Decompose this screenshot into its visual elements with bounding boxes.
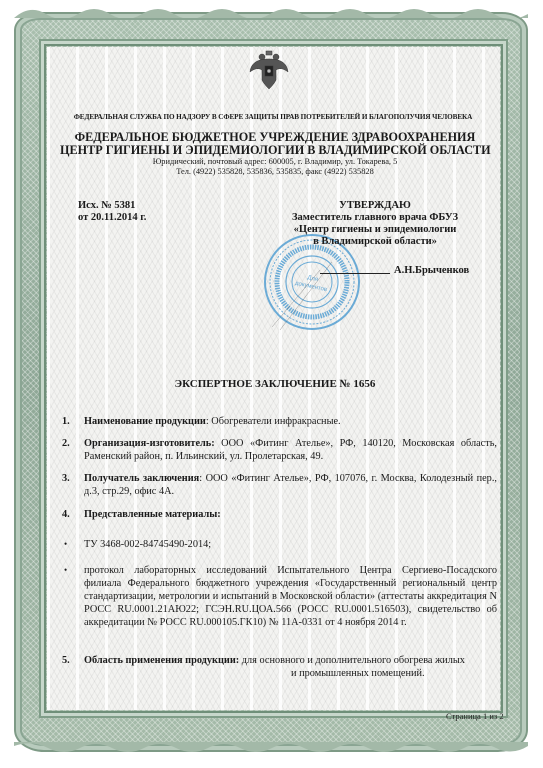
section-recipient: 3. Получатель заключения: ООО «Фитинг Ат… [62, 472, 497, 498]
section-value-continued: и промышленных помещений. [291, 667, 497, 680]
materials-item-text: ТУ 3468-002-84745490-2014; [84, 538, 497, 551]
organization-title: ФЕДЕРАЛЬНОЕ БЮДЖЕТНОЕ УЧРЕЖДЕНИЕ ЗДРАВОО… [60, 131, 490, 157]
section-product-name: 1. Наименование продукции: Обогреватели … [62, 415, 497, 428]
materials-list-item: • ТУ 3468-002-84745490-2014; [62, 538, 497, 551]
section-label: Получатель заключения [84, 473, 199, 484]
section-number: 5. [62, 654, 70, 667]
section-number: 4. [62, 508, 70, 521]
approval-position-line-1: Заместитель главного врача ФБУЗ [290, 212, 460, 224]
materials-item-text: протокол лабораторных исследований Испыт… [84, 564, 497, 629]
signature-line [320, 273, 390, 274]
outgoing-date: от 20.11.2014 г. [78, 212, 146, 224]
border-wave-top [14, 4, 528, 18]
outgoing-reference: Исх. № 5381 от 20.11.2014 г. [78, 200, 146, 224]
border-wave-bottom [14, 742, 528, 756]
bullet-icon: • [64, 538, 67, 551]
organization-phones: Тел. (4922) 535828, 535836, 535835, факс… [60, 167, 490, 177]
approval-position-line-3: в Владимирской области» [290, 236, 460, 248]
section-value: Обогреватели инфракрасные. [211, 416, 340, 427]
organization-contacts: Юридический, почтовый адрес: 600005, г. … [60, 157, 490, 177]
section-application-area: 5. Область применения продукции: для осн… [62, 654, 497, 680]
materials-list-item: • протокол лабораторных исследований Исп… [62, 564, 497, 629]
organization-title-line-2: ЦЕНТР ГИГИЕНЫ И ЭПИДЕМИОЛОГИИ В ВЛАДИМИР… [60, 144, 490, 157]
section-label: Наименование продукции [84, 416, 206, 427]
signatory-name: А.Н.Брыченков [394, 265, 469, 276]
section-label: Область применения продукции: [84, 655, 239, 666]
double-headed-eagle-emblem-icon [247, 50, 291, 90]
document-title: ЭКСПЕРТНОЕ ЗАКЛЮЧЕНИЕ № 1656 [60, 378, 490, 390]
section-manufacturer: 2. Организация-изготовитель: ООО «Фитинг… [62, 437, 497, 463]
approval-block: УТВЕРЖДАЮ Заместитель главного врача ФБУ… [290, 200, 460, 248]
page-number: Страница 1 из 2 [446, 711, 504, 721]
section-value: для основного и дополнительного обогрева… [242, 655, 465, 666]
bullet-icon: • [64, 564, 67, 577]
section-number: 1. [62, 415, 70, 428]
svg-text:документов: документов [294, 281, 327, 294]
outgoing-number: Исх. № 5381 [78, 200, 146, 212]
section-materials: 4. Представленные материалы: [62, 508, 497, 521]
section-number: 3. [62, 472, 70, 485]
section-label: Организация-изготовитель: [84, 438, 215, 449]
signature-row: А.Н.Брыченков [320, 264, 500, 280]
organization-address: Юридический, почтовый адрес: 600005, г. … [60, 157, 490, 167]
section-number: 2. [62, 437, 70, 450]
approval-heading: УТВЕРЖДАЮ [290, 200, 460, 212]
section-label: Представленные материалы: [84, 509, 221, 520]
approval-position-line-2: «Центр гигиены и эпидемиологии [290, 224, 460, 236]
agency-name: ФЕДЕРАЛЬНАЯ СЛУЖБА ПО НАДЗОРУ В СФЕРЕ ЗА… [58, 113, 488, 121]
